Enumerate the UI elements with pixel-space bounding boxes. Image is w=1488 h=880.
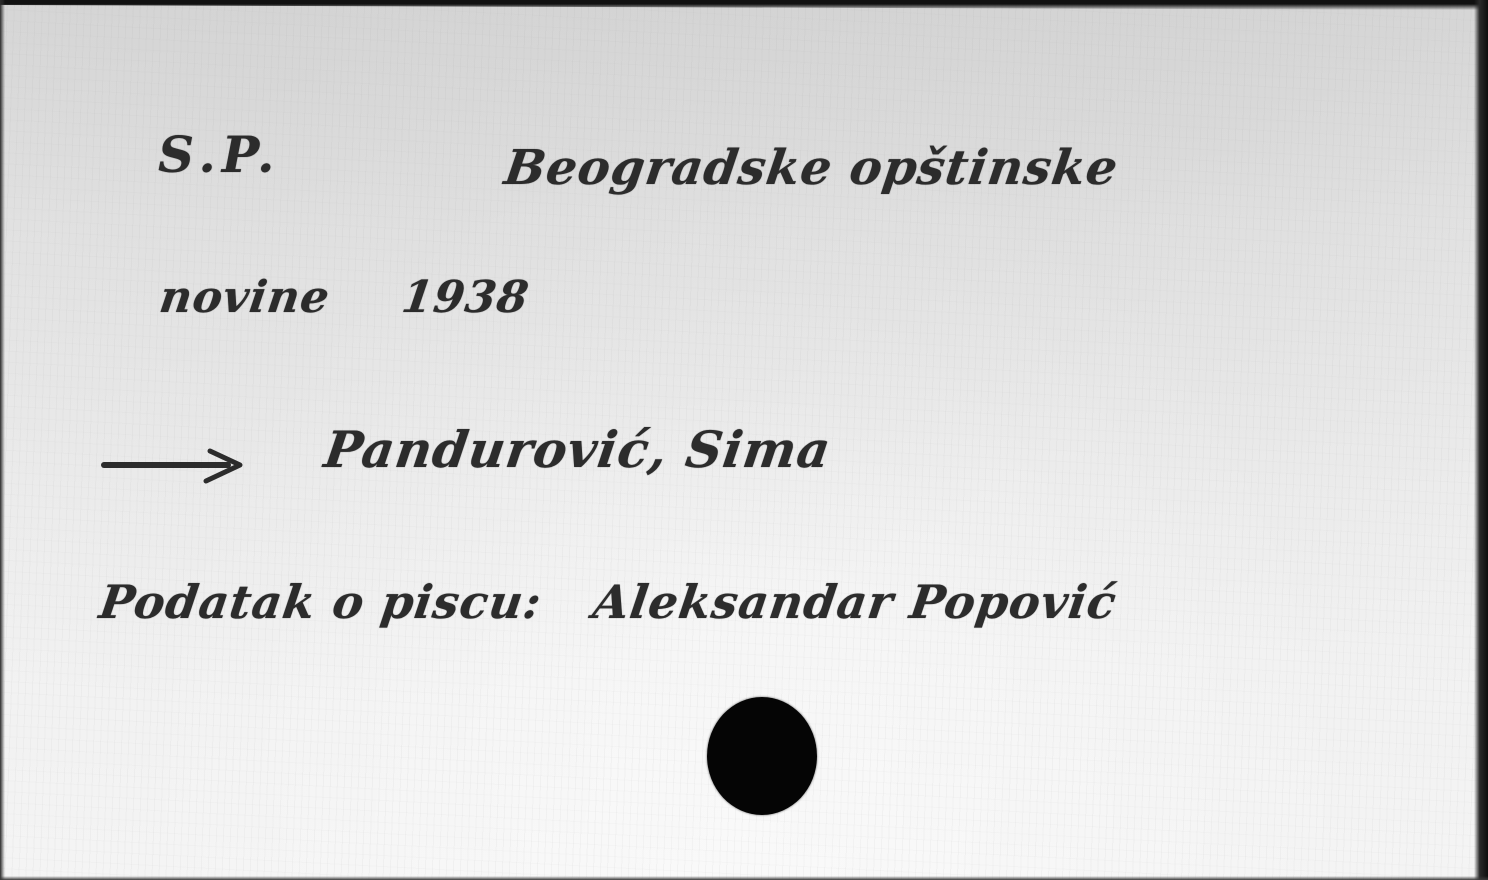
reference-code: S.P. [158,125,280,184]
index-card: S.P. Beogradske opštinske novine 1938 Pa… [0,0,1488,880]
scan-border-top [0,0,1488,10]
author-note: Podatak o piscu: Aleksandar Popović [96,575,1120,629]
title-line-1: Beogradske opštinske [501,140,1122,196]
scan-border-right [1474,0,1488,880]
author-note-value: Aleksandar Popović [590,575,1120,629]
title-line-2: novine 1938 [156,272,532,323]
punch-hole [707,697,817,815]
right-arrow-icon [100,445,260,485]
author-note-label: Podatak o piscu: [96,575,545,629]
cross-reference: Pandurović, Sima [321,420,835,479]
scan-border-left [0,0,5,880]
publication-year: 1938 [399,272,533,323]
scan-border-bottom [0,876,1488,880]
title-continuation: novine [156,272,333,323]
